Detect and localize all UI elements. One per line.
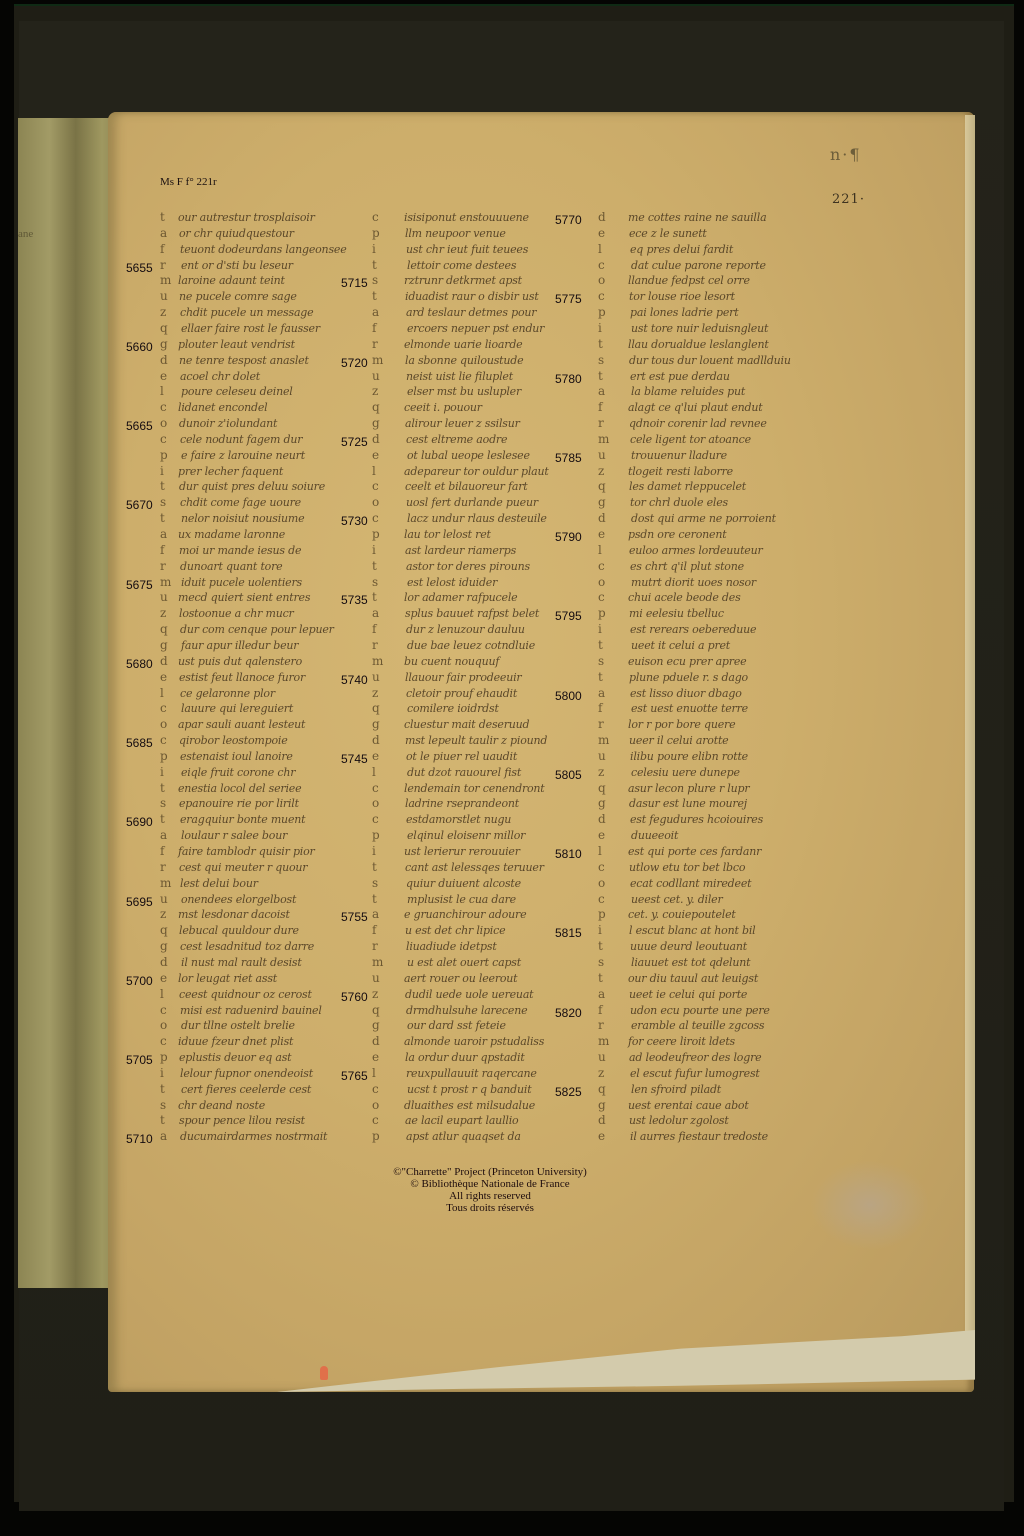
- verse-initial: g: [598, 796, 606, 810]
- verse-line: iduue fzeur dnet plist: [178, 1035, 293, 1051]
- copyright-notice: ©"Charrette" Project (Princeton Universi…: [300, 1166, 680, 1214]
- line-number: 5800: [555, 689, 582, 703]
- verse-initial: t: [160, 210, 165, 224]
- verse-initial: l: [372, 464, 376, 478]
- verse-initial: s: [372, 575, 378, 589]
- verse-line: cletoir prouf ehaudit: [406, 687, 517, 703]
- verse-line: mecd quiert sient entres: [178, 591, 310, 607]
- verse-initial: c: [160, 701, 167, 715]
- verse-line: la ordur duur qpstadit: [405, 1051, 525, 1067]
- line-number: 5705: [126, 1053, 153, 1067]
- verse-line: ust tore nuir leduisngleut: [631, 322, 768, 338]
- verse-initial: u: [160, 892, 168, 906]
- verse-line: eramble al teuille zgcoss: [631, 1019, 764, 1035]
- verse-line: prer lecher faquent: [178, 465, 283, 481]
- verse-line: elqinul eloisenr millor: [407, 829, 525, 845]
- verse-line: lor leugat riet asst: [178, 972, 277, 988]
- verse-line: u est alet ouert capst: [407, 956, 521, 972]
- verse-initial: f: [372, 622, 376, 636]
- verse-initial: d: [598, 210, 606, 224]
- verse-line: cest qui meuter r quour: [179, 861, 307, 877]
- verse-line: lendemain tor cenendront: [404, 782, 545, 798]
- verse-line: est qui porte ces fardanr: [628, 845, 761, 861]
- verse-line: our autrestur trosplaisoir: [178, 211, 315, 227]
- verse-line: moi ur mande iesus de: [179, 544, 301, 560]
- verse-initial: c: [598, 559, 605, 573]
- verse-line: trouuenur lladure: [631, 449, 727, 465]
- verse-initial: c: [372, 511, 379, 525]
- verse-line: dudil uede uole uereuat: [405, 988, 533, 1004]
- verse-initial: e: [372, 1050, 379, 1064]
- verse-line: lettoir come destees: [407, 259, 516, 275]
- verse-line: isisiponut enstouuuene: [404, 211, 529, 227]
- verse-line: la blame reluides put: [631, 385, 745, 401]
- verse-line: ux madame laronne: [178, 528, 285, 544]
- verse-line: e gruanchirour adoure: [404, 908, 526, 924]
- verse-initial: i: [160, 1066, 164, 1080]
- verse-line: dur quist pres deluu soiure: [179, 480, 325, 496]
- verse-line: cest lesadnitud toz darre: [180, 940, 314, 956]
- verse-initial: c: [372, 781, 379, 795]
- verse-line: ercoers nepuer pst endur: [407, 322, 544, 338]
- pencil-folio-annotation: n·¶: [830, 145, 862, 164]
- verse-line: spour pence lilou resist: [179, 1114, 305, 1130]
- verse-initial: q: [598, 1082, 606, 1096]
- line-number: 5805: [555, 768, 582, 782]
- verse-initial: e: [598, 527, 605, 541]
- verse-line: plouter leaut vendrist: [178, 338, 295, 354]
- verse-line: lacz undur rlaus desteuile: [407, 512, 547, 528]
- verse-line: estdamorstlet nugu: [406, 813, 511, 829]
- verse-initial: t: [372, 860, 377, 874]
- verse-line: dasur est lune mourej: [629, 797, 747, 813]
- verse-line: aert rouer ou leerout: [404, 972, 517, 988]
- verse-initial: t: [372, 289, 377, 303]
- verse-initial: e: [598, 226, 605, 240]
- verse-line: tor chrl duole eles: [630, 496, 728, 512]
- verse-initial: t: [160, 781, 165, 795]
- verse-initial: o: [160, 717, 167, 731]
- verse-initial: t: [598, 939, 603, 953]
- verse-initial: g: [160, 638, 168, 652]
- verse-initial: r: [598, 717, 604, 731]
- verse-initial: t: [598, 971, 603, 985]
- verse-line: utlow etu tor bet lbco: [629, 861, 745, 877]
- line-number: 5680: [126, 657, 153, 671]
- verse-line: ellaer faire rost le fausser: [181, 322, 320, 338]
- credit-line-droits: Tous droits réservés: [300, 1202, 680, 1214]
- verse-line: drmdhulsuhe larecene: [406, 1004, 527, 1020]
- verse-initial: l: [598, 543, 602, 557]
- line-number: 5745: [341, 752, 368, 766]
- verse-initial: r: [598, 1018, 604, 1032]
- verse-initial: f: [160, 242, 164, 256]
- verse-line: ert est pue derdau: [630, 370, 730, 386]
- verse-initial: f: [372, 321, 376, 335]
- verse-line: ueer il celui arotte: [629, 734, 728, 750]
- verse-initial: u: [160, 590, 168, 604]
- verse-line: chr deand noste: [178, 1099, 265, 1115]
- verse-initial: m: [598, 432, 609, 446]
- verse-initial: d: [598, 812, 606, 826]
- verse-line: cluestur mait deseruud: [404, 718, 529, 734]
- verse-line: est rerears oebereduue: [630, 623, 756, 639]
- verse-line: onendees elorgelbost: [181, 893, 296, 909]
- line-number: 5760: [341, 990, 368, 1004]
- verse-line: loulaur r salee bour: [181, 829, 287, 845]
- verse-initial: e: [598, 1129, 605, 1143]
- verse-line: ast lardeur riamerps: [405, 544, 516, 560]
- verse-initial: m: [372, 955, 383, 969]
- verse-line: reuxpullauuit raqercane: [406, 1067, 537, 1083]
- verse-initial: t: [372, 559, 377, 573]
- verse-line: bu cuent nouquuf: [404, 655, 499, 671]
- verse-initial: z: [598, 464, 604, 478]
- verse-initial: f: [598, 400, 602, 414]
- line-number: 5685: [126, 736, 153, 750]
- verse-line: our dard sst feteie: [407, 1019, 506, 1035]
- verse-initial: s: [372, 273, 378, 287]
- verse-initial: g: [598, 495, 606, 509]
- verse-line: eplustis deuor eq ast: [179, 1051, 291, 1067]
- verse-line: for ceere liroit ldets: [628, 1035, 735, 1051]
- verse-initial: e: [160, 670, 167, 684]
- line-number: 5795: [555, 609, 582, 623]
- verse-line: psdn ore ceronent: [628, 528, 726, 544]
- verse-initial: l: [160, 686, 164, 700]
- verse-initial: f: [598, 1003, 602, 1017]
- verse-initial: o: [160, 416, 167, 430]
- verse-initial: i: [598, 923, 602, 937]
- verse-initial: e: [598, 828, 605, 842]
- verse-initial: c: [372, 479, 379, 493]
- verse-line: mutrt diorit uoes nosor: [631, 576, 756, 592]
- verse-line: ducumairdarmes nostrmait: [180, 1130, 327, 1146]
- verse-initial: c: [160, 400, 167, 414]
- verse-initial: c: [598, 289, 605, 303]
- verse-initial: i: [160, 765, 164, 779]
- verse-initial: r: [372, 638, 378, 652]
- verse-line: est lisso diuor dbago: [630, 687, 742, 703]
- verse-line: quiur duiuent alcoste: [406, 877, 521, 893]
- line-number: 5785: [555, 451, 582, 465]
- verse-line: dur tllne ostelt brelie: [181, 1019, 295, 1035]
- verse-initial: o: [598, 876, 605, 890]
- verse-line: chdit come fage uoure: [180, 496, 301, 512]
- verse-initial: p: [160, 448, 168, 462]
- verse-initial: a: [598, 987, 605, 1001]
- verse-line: ad leodeufreor des logre: [629, 1051, 761, 1067]
- verse-line: rztrunr detkrmet apst: [404, 274, 522, 290]
- verse-initial: q: [372, 701, 380, 715]
- line-number: 5790: [555, 530, 582, 544]
- verse-initial: m: [598, 733, 609, 747]
- verse-initial: m: [372, 654, 383, 668]
- verse-line: ceest quidnour oz cerost: [179, 988, 312, 1004]
- verse-line: la sbonne quiloustude: [405, 354, 523, 370]
- verse-initial: f: [160, 543, 164, 557]
- verse-line: il nust mal rault desist: [181, 956, 302, 972]
- verse-line: faire tamblodr quisir pior: [178, 845, 315, 861]
- verse-line: llm neupoor venue: [405, 227, 506, 243]
- verse-initial: t: [160, 479, 165, 493]
- verse-initial: s: [372, 876, 378, 890]
- verse-initial: q: [160, 923, 168, 937]
- verse-line: me cottes raine ne sauilla: [628, 211, 766, 227]
- verse-line: mst lesdonar dacoist: [178, 908, 290, 924]
- line-number: 5675: [126, 578, 153, 592]
- verse-initial: m: [372, 353, 383, 367]
- verse-line: est uest enuotte terre: [631, 702, 748, 718]
- verse-initial: t: [598, 369, 603, 383]
- line-number: 5715: [341, 276, 368, 290]
- verse-line: lor adamer rafpucele: [404, 591, 517, 607]
- verse-initial: e: [372, 448, 379, 462]
- verse-initial: l: [598, 844, 602, 858]
- verse-line: nelor noisiut nousiume: [181, 512, 304, 528]
- verse-initial: g: [372, 717, 380, 731]
- verse-line: due bae leuez cotndluie: [407, 639, 535, 655]
- verse-initial: z: [160, 606, 166, 620]
- verse-line: plune pduele r. s dago: [629, 671, 748, 687]
- verse-initial: s: [160, 796, 166, 810]
- verse-initial: o: [372, 1098, 379, 1112]
- line-number: 5735: [341, 593, 368, 607]
- verse-initial: i: [372, 844, 376, 858]
- verse-line: pai lones ladrie pert: [630, 306, 738, 322]
- verse-initial: u: [598, 1050, 606, 1064]
- shelfmark-label: Ms F f° 221r: [160, 176, 217, 188]
- line-number: 5740: [341, 673, 368, 687]
- verse-line: mst lepeult taulir z piound: [405, 734, 547, 750]
- verse-initial: a: [598, 686, 605, 700]
- verse-line: ladrine rseprandeont: [405, 797, 519, 813]
- verse-line: lelour fupnor onendeoist: [180, 1067, 313, 1083]
- verse-line: poure celeseu deinel: [181, 385, 293, 401]
- verse-line: misi est raduenird bauinel: [180, 1004, 322, 1020]
- line-number: 5730: [341, 514, 368, 528]
- verse-line: almonde uaroir pstudaliss: [404, 1035, 544, 1051]
- verse-line: chui acele beode des: [628, 591, 741, 607]
- verse-line: qirobor leostompoie: [179, 734, 288, 750]
- verse-line: eragquiur bonte muent: [180, 813, 305, 829]
- verse-initial: m: [598, 1034, 609, 1048]
- line-number: 5710: [126, 1132, 153, 1146]
- verse-line: astor tor deres pirouns: [406, 560, 530, 576]
- verse-line: estist feut llanoce furor: [179, 671, 305, 687]
- verse-initial: o: [160, 1018, 167, 1032]
- verse-initial: c: [598, 258, 605, 272]
- line-number: 5670: [126, 498, 153, 512]
- verse-initial: p: [372, 226, 380, 240]
- verse-line: ecat codllant miredeet: [630, 877, 751, 893]
- verse-line: cele nodunt fagem dur: [180, 433, 302, 449]
- verse-line: lidanet encondel: [178, 401, 267, 417]
- verse-initial: t: [598, 638, 603, 652]
- verse-initial: o: [598, 575, 605, 589]
- verse-line: uest erentai caue abot: [628, 1099, 749, 1115]
- verse-initial: e: [372, 749, 379, 763]
- verse-initial: q: [160, 622, 168, 636]
- verse-line: ne tenre tespost anaslet: [179, 354, 309, 370]
- verse-initial: z: [372, 987, 378, 1001]
- verse-line: ueet ie celui qui porte: [629, 988, 747, 1004]
- verse-initial: c: [372, 1113, 379, 1127]
- verse-initial: d: [598, 511, 606, 525]
- verse-line: les damet rleppucelet: [629, 480, 746, 496]
- verse-line: ce gelaronne plor: [180, 687, 275, 703]
- verse-initial: z: [160, 907, 166, 921]
- verse-line: ust ledolur zgolost: [629, 1114, 729, 1130]
- verse-initial: a: [160, 1129, 167, 1143]
- verse-line: ueest cet. y. diler: [631, 893, 723, 909]
- verse-initial: s: [598, 955, 604, 969]
- verse-initial: c: [598, 590, 605, 604]
- verse-initial: d: [372, 432, 380, 446]
- verse-line: splus bauuet rafpst belet: [405, 607, 539, 623]
- verse-line: dat culue parone reporte: [631, 259, 766, 275]
- verse-line: duueeoit: [631, 829, 678, 845]
- verse-line: llauour fair prodeeuir: [405, 671, 522, 687]
- verse-line: euloo armes lordeuuteur: [629, 544, 763, 560]
- verse-line: es chrt q'il plut stone: [630, 560, 744, 576]
- verse-initial: a: [160, 226, 167, 240]
- verse-initial: a: [372, 907, 379, 921]
- verse-line: elser mst bu uslupler: [407, 385, 521, 401]
- verse-initial: e: [160, 369, 167, 383]
- verse-line: dluaithes est milsudalue: [404, 1099, 535, 1115]
- verse-line: est fegudures hcoiouires: [630, 813, 763, 829]
- verse-initial: i: [598, 321, 602, 335]
- verse-initial: a: [160, 828, 167, 842]
- verse-initial: r: [160, 258, 166, 272]
- verse-initial: f: [160, 844, 164, 858]
- verse-initial: t: [598, 337, 603, 351]
- verse-initial: p: [372, 527, 380, 541]
- verse-line: ust puis dut qalenstero: [178, 655, 302, 671]
- page-edge: [965, 115, 975, 1375]
- verse-initial: f: [598, 701, 602, 715]
- verse-line: ent or d'sti bu leseur: [181, 259, 293, 275]
- verse-initial: l: [160, 384, 164, 398]
- line-number: 5690: [126, 815, 153, 829]
- verse-initial: e: [160, 971, 167, 985]
- verse-line: teuont dodeurdans langeonsee: [180, 243, 347, 259]
- verse-line: dur com cenque pour lepuer: [180, 623, 334, 639]
- verse-initial: u: [372, 670, 380, 684]
- credit-line-project: ©"Charrette" Project (Princeton Universi…: [300, 1166, 680, 1178]
- verse-initial: t: [160, 1113, 165, 1127]
- verse-line: laroine adaunt teint: [178, 274, 285, 290]
- verse-line: adepareur tor ouldur plaut: [404, 465, 549, 481]
- verse-initial: r: [160, 559, 166, 573]
- verse-initial: d: [160, 654, 168, 668]
- verse-line: u est det chr lipice: [405, 924, 505, 940]
- verse-line: celesiu uere dunepe: [631, 766, 740, 782]
- verse-initial: q: [160, 321, 168, 335]
- verse-initial: r: [160, 860, 166, 874]
- verse-line: llandue fedpst cel orre: [628, 274, 750, 290]
- verse-line: ust lerierur rerouuier: [404, 845, 520, 861]
- verse-initial: c: [598, 892, 605, 906]
- verse-initial: q: [372, 400, 380, 414]
- parchment-stain: [810, 1160, 930, 1250]
- verse-initial: t: [372, 892, 377, 906]
- verse-initial: s: [160, 1098, 166, 1112]
- red-ink-mark: [320, 1366, 328, 1380]
- verse-line: iduadist raur o disbir ust: [405, 290, 539, 306]
- verse-initial: p: [598, 907, 606, 921]
- verse-initial: z: [160, 305, 166, 319]
- line-number: 5665: [126, 419, 153, 433]
- verse-initial: f: [372, 923, 376, 937]
- verse-line: udon ecu pourte une pere: [630, 1004, 770, 1020]
- verse-line: comilere ioidrdst: [407, 702, 499, 718]
- verse-initial: g: [372, 416, 380, 430]
- verse-line: lau tor lelost ret: [404, 528, 491, 544]
- verse-line: il aurres fiestaur tredoste: [630, 1130, 768, 1146]
- verse-line: faur apur illedur beur: [181, 639, 298, 655]
- verse-line: ucst t prost r q banduit: [407, 1083, 531, 1099]
- verse-initial: z: [372, 686, 378, 700]
- verse-line: cert fieres ceelerde cest: [181, 1083, 311, 1099]
- verse-initial: m: [160, 273, 171, 287]
- verse-line: e faire z larouine neurt: [181, 449, 305, 465]
- verse-line: qdnoir corenir lad revnee: [629, 417, 767, 433]
- line-number: 5825: [555, 1085, 582, 1099]
- verse-line: acoel chr dolet: [180, 370, 260, 386]
- line-number: 5815: [555, 926, 582, 940]
- verse-line: lebucal quuldour dure: [179, 924, 299, 940]
- verse-line: estenaist ioul lanoire: [180, 750, 293, 766]
- verse-line: mplusist le cua dare: [407, 893, 516, 909]
- verse-line: dost qui arme ne porroient: [631, 512, 776, 528]
- verse-line: elmonde uarie lioarde: [404, 338, 522, 354]
- verse-line: tor louse rioe lesort: [629, 290, 735, 306]
- line-number: 5700: [126, 974, 153, 988]
- verse-initial: p: [372, 828, 380, 842]
- verse-initial: u: [598, 448, 606, 462]
- verse-initial: a: [372, 606, 379, 620]
- verse-line: dur tous dur louent madllduiu: [629, 354, 791, 370]
- verse-line: lor r por bore quere: [628, 718, 735, 734]
- verse-initial: u: [598, 749, 606, 763]
- verse-line: ae lacil eupart laullio: [405, 1114, 518, 1130]
- verse-initial: s: [160, 495, 166, 509]
- line-number: 5765: [341, 1069, 368, 1083]
- verse-line: ot lubal ueope leslesee: [407, 449, 530, 465]
- verse-line: uosl fert durlande pueur: [406, 496, 538, 512]
- verse-initial: a: [598, 384, 605, 398]
- verse-line: est lelost iduider: [407, 576, 497, 592]
- verse-initial: z: [372, 384, 378, 398]
- verse-line: eq pres delui fardit: [630, 243, 733, 259]
- verse-line: ueet it celui a pret: [631, 639, 730, 655]
- verse-initial: t: [160, 1082, 165, 1096]
- verse-line: alirour leuer z ssilsur: [405, 417, 520, 433]
- line-number: 5655: [126, 261, 153, 275]
- verse-initial: l: [598, 242, 602, 256]
- verse-initial: q: [598, 479, 606, 493]
- verse-initial: g: [372, 1018, 380, 1032]
- verse-line: dut dzot rauourel fist: [407, 766, 521, 782]
- verse-initial: t: [598, 670, 603, 684]
- verse-initial: l: [372, 1066, 376, 1080]
- verse-initial: o: [372, 796, 379, 810]
- verse-initial: u: [160, 289, 168, 303]
- line-number: 5775: [555, 292, 582, 306]
- verse-line: ne pucele comre sage: [179, 290, 297, 306]
